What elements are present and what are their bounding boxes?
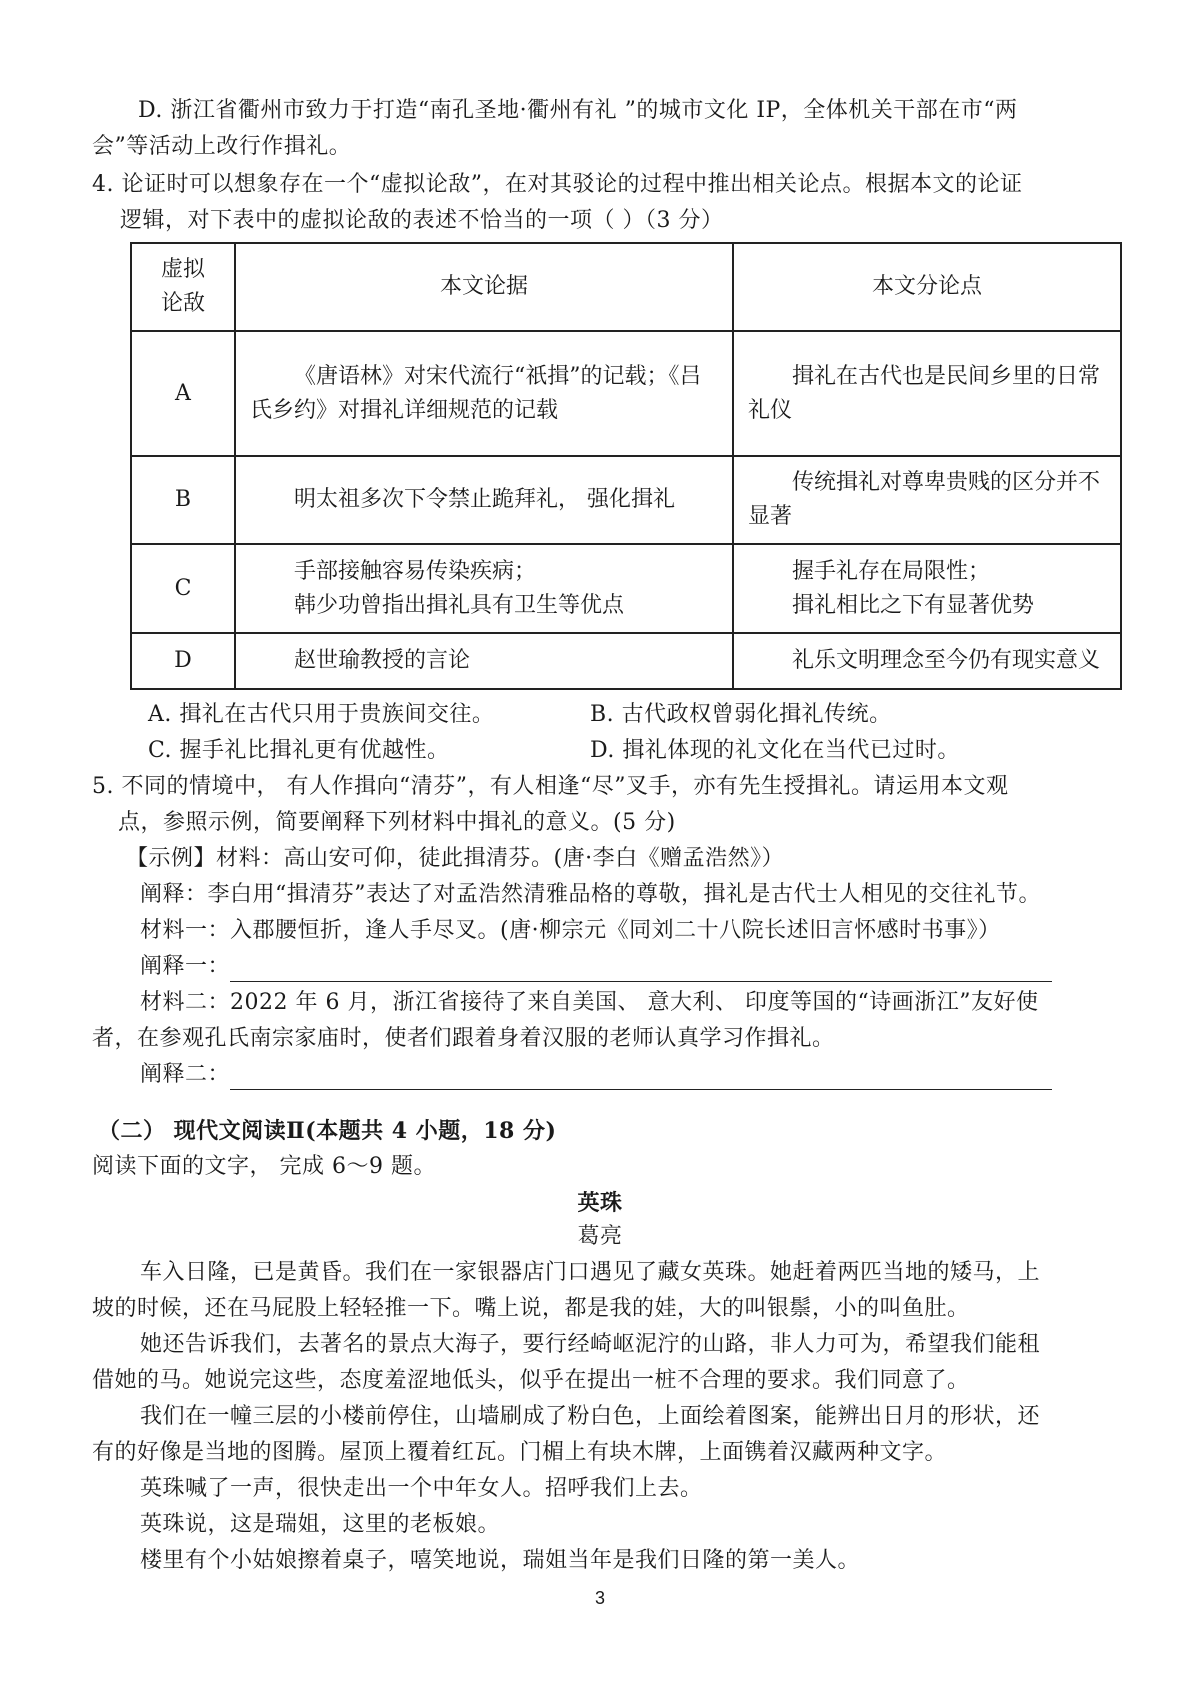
header-label-line2: 论敌 [146,287,220,321]
row-point: 握手礼存在局限性； 揖礼相比之下有显著优势 [733,544,1121,633]
q4-option-d: D. 揖礼体现的礼文化在当代已过时。 [590,736,960,766]
q4-stem-line2: 逻辑，对下表中的虚拟论敌的表述不恰当的一项（ ）（3 分） [120,206,724,236]
header-virtual-opponent: 虚拟 论敌 [131,243,235,331]
table-row: A 《唐语林》对宋代流行“祇揖”的记载；《吕氏乡约》对揖礼详细规范的记载 揖礼在… [131,331,1121,456]
row-label: D [131,633,235,689]
explain1-label: 阐释一： [140,954,230,979]
story-paragraph-line: 车入日隆，已是黄昏。我们在一家银器店门口遇见了藏女英珠。她赶着两匹当地的矮马，上 [140,1258,1040,1288]
explain2-label: 阐释二： [140,1062,230,1087]
story-paragraph-line: 坡的时候，还在马屁股上轻轻推一下。嘴上说，都是我的娃，大的叫银鬃，小的叫鱼肚。 [92,1294,970,1324]
row-label: B [131,456,235,544]
row-evidence: 手部接触容易传染疾病； 韩少功曾指出揖礼具有卫生等优点 [235,544,733,633]
q5-stem-line2: 点，参照示例，简要阐释下列材料中揖礼的意义。(5 分) [118,808,676,838]
q4-option-c: C. 握手礼比揖礼更有优越性。 [148,736,450,766]
story-paragraph-line: 英珠说，这是瑞姐，这里的老板娘。 [140,1510,500,1540]
story-paragraph-line: 她还告诉我们，去著名的景点大海子，要行经崎岖泥泞的山路，非人力可为，希望我们能租 [140,1330,1040,1360]
row-label: A [131,331,235,456]
q4-stem-line1: 4. 论证时可以想象存在一个“虚拟论敌”，在对其驳论的过程中推出相关论点。根据本… [92,170,1022,200]
header-label-line1: 虚拟 [146,253,220,287]
header-subpoint: 本文分论点 [733,243,1121,331]
row-point-line2: 揖礼相比之下有显著优势 [792,589,1106,623]
q5-material2-line1: 材料二：2022 年 6 月，浙江省接待了来自美国、 意大利、 印度等国的“诗画… [140,988,1038,1018]
q5-stem-line1: 5. 不同的情境中， 有人作揖向“清芬”，有人相逢“尽”叉手，亦有先生授揖礼。请… [92,772,1008,802]
story-title: 英珠 [0,1188,1200,1218]
q5-example-explanation: 阐释：李白用“揖清芬”表达了对孟浩然清雅品格的尊敬，揖礼是古代士人相见的交往礼节… [140,880,1041,910]
table-row: C 手部接触容易传染疾病； 韩少功曾指出揖礼具有卫生等优点 握手礼存在局限性； … [131,544,1121,633]
answer-blank-2[interactable] [230,1065,1052,1090]
q4-option-b: B. 古代政权曾弱化揖礼传统。 [590,700,892,730]
page-number: 3 [0,1588,1200,1609]
story-paragraph-line: 楼里有个小姑娘擦着桌子，嘻笑地说，瑞姐当年是我们日隆的第一美人。 [140,1546,860,1576]
q5-explain2: 阐释二： [140,1060,1052,1090]
story-paragraph-line: 有的好像是当地的图腾。屋顶上覆着红瓦。门楣上有块木牌，上面镌着汉藏两种文字。 [92,1438,947,1468]
row-point-line1: 握手礼存在局限性； [792,555,1106,589]
row-point: 礼乐文明理念至今仍有现实意义 [733,633,1121,689]
table-row: B 明太祖多次下令禁止跪拜礼， 强化揖礼 传统揖礼对尊卑贵贱的区分并不显著 [131,456,1121,544]
row-evidence-line1: 手部接触容易传染疾病； [294,555,718,589]
row-evidence: 赵世瑜教授的言论 [235,633,733,689]
story-paragraph-line: 我们在一幢三层的小楼前停住，山墙刷成了粉白色，上面绘着图案，能辨出日月的形状，还 [140,1402,1040,1432]
table-header-row: 虚拟 论敌 本文论据 本文分论点 [131,243,1121,331]
row-label: C [131,544,235,633]
story-paragraph-line: 英珠喊了一声，很快走出一个中年女人。招呼我们上去。 [140,1474,703,1504]
q5-explain1: 阐释一： [140,952,1052,982]
q5-material1: 材料一：入郡腰恒折，逢人手尽叉。(唐·柳宗元《同刘二十八院长述旧言怀感时书事》） [140,916,1001,946]
row-point: 传统揖礼对尊卑贵贱的区分并不显著 [733,456,1121,544]
row-evidence: 明太祖多次下令禁止跪拜礼， 强化揖礼 [235,456,733,544]
section2-instruction: 阅读下面的文字， 完成 6～9 题。 [92,1152,436,1182]
answer-blank-1[interactable] [230,957,1052,982]
q3-option-d-line2: 会”等活动上改行作揖礼。 [92,132,351,162]
q3-option-d-line1: D. 浙江省衢州市致力于打造“南孔圣地·衢州有礼 ”的城市文化 IP，全体机关干… [138,96,1018,126]
q5-material2-line2: 者，在参观孔氏南宗家庙时，使者们跟着身着汉服的老师认真学习作揖礼。 [92,1024,835,1054]
q5-example-material: 【示例】材料：高山安可仰，徒此揖清芬。(唐·李白《赠孟浩然》） [126,844,784,874]
story-author: 葛亮 [0,1222,1200,1252]
table-row: D 赵世瑜教授的言论 礼乐文明理念至今仍有现实意义 [131,633,1121,689]
row-point: 揖礼在古代也是民间乡里的日常礼仪 [733,331,1121,456]
section2-heading: （二） 现代文阅读Ⅱ(本题共 4 小题，18 分) [98,1116,556,1146]
q4-option-a: A. 揖礼在古代只用于贵族间交往。 [148,700,494,730]
row-evidence-line2: 韩少功曾指出揖礼具有卫生等优点 [294,589,718,623]
row-evidence: 《唐语林》对宋代流行“祇揖”的记载；《吕氏乡约》对揖礼详细规范的记载 [235,331,733,456]
story-paragraph-line: 借她的马。她说完这些，态度羞涩地低头，似乎在提出一桩不合理的要求。我们同意了。 [92,1366,970,1396]
header-evidence: 本文论据 [235,243,733,331]
q4-table: 虚拟 论敌 本文论据 本文分论点 A 《唐语林》对宋代流行“祇揖”的记载；《吕氏… [130,242,1122,690]
